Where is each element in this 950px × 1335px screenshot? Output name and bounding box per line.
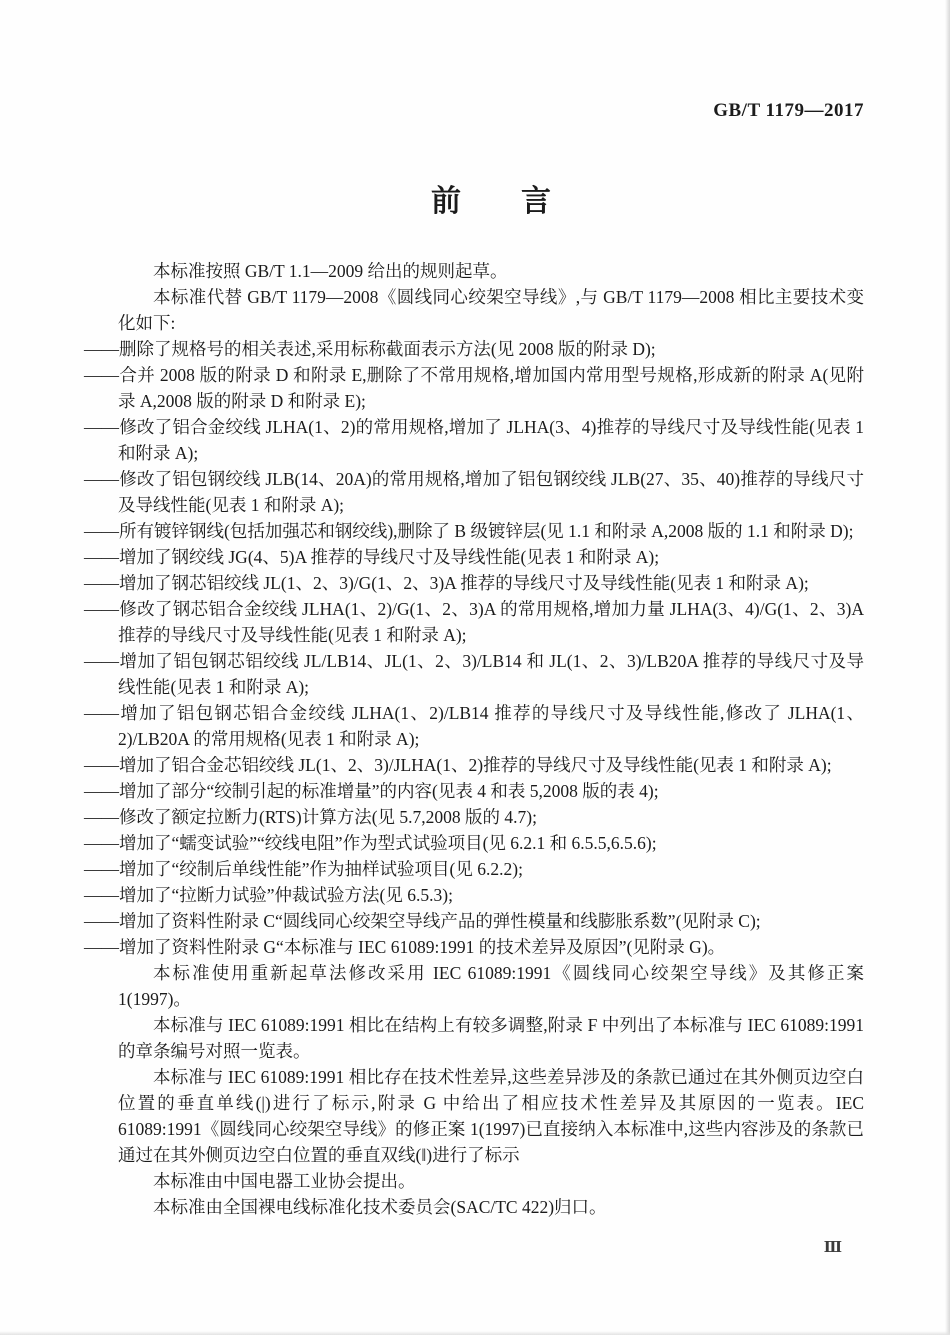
page-number: Ⅲ — [118, 1238, 864, 1257]
change-item: ——增加了资料性附录 G“本标准与 IEC 61089:1991 的技术差异及原… — [118, 934, 864, 960]
change-item: ——所有镀锌钢线(包括加强芯和钢绞线),删除了 B 级镀锌层(见 1.1 和附录… — [118, 518, 864, 544]
foreword-paragraph: 本标准由中国电器工业协会提出。 — [118, 1168, 864, 1194]
foreword-paragraph: 本标准与 IEC 61089:1991 相比在结构上有较多调整,附录 F 中列出… — [118, 1012, 864, 1064]
foreword-paragraph: 本标准按照 GB/T 1.1—2009 给出的规则起草。 — [118, 258, 864, 284]
change-item: ——增加了部分“绞制引起的标准增量”的内容(见表 4 和表 5,2008 版的表… — [118, 778, 864, 804]
change-item: ——修改了铝合金绞线 JLHA(1、2)的常用规格,增加了 JLHA(3、4)推… — [118, 414, 864, 466]
foreword-paragraph: 本标准使用重新起草法修改采用 IEC 61089:1991《圆线同心绞架空导线》… — [118, 960, 864, 1012]
page-title: 前 言 — [118, 176, 864, 220]
foreword-paragraph: 本标准与 IEC 61089:1991 相比存在技术性差异,这些差异涉及的条款已… — [118, 1064, 864, 1168]
change-item: ——合并 2008 版的附录 D 和附录 E,删除了不常用规格,增加国内常用型号… — [118, 362, 864, 414]
change-item: ——增加了“蠕变试验”“绞线电阻”作为型式试验项目(见 6.2.1 和 6.5.… — [118, 830, 864, 856]
change-item: ——删除了规格号的相关表述,采用标称截面表示方法(见 2008 版的附录 D); — [118, 336, 864, 362]
change-item: ——增加了钢芯铝绞线 JL(1、2、3)/G(1、2、3)A 推荐的导线尺寸及导… — [118, 570, 864, 596]
change-item: ——增加了钢绞线 JG(4、5)A 推荐的导线尺寸及导线性能(见表 1 和附录 … — [118, 544, 864, 570]
change-item: ——修改了钢芯铝合金绞线 JLHA(1、2)/G(1、2、3)A 的常用规格,增… — [118, 596, 864, 648]
foreword-content: 本标准按照 GB/T 1.1—2009 给出的规则起草。 本标准代替 GB/T … — [118, 258, 864, 1220]
foreword-paragraph: 本标准代替 GB/T 1179—2008《圆线同心绞架空导线》,与 GB/T 1… — [118, 284, 864, 336]
change-item: ——修改了铝包钢绞线 JLB(14、20A)的常用规格,增加了铝包钢绞线 JLB… — [118, 466, 864, 518]
change-item: ——修改了额定拉断力(RTS)计算方法(见 5.7,2008 版的 4.7); — [118, 804, 864, 830]
foreword-paragraph: 本标准由全国裸电线标准化技术委员会(SAC/TC 422)归口。 — [118, 1194, 864, 1220]
change-item: ——增加了铝包钢芯铝合金绞线 JLHA(1、2)/LB14 推荐的导线尺寸及导线… — [118, 700, 864, 752]
scan-edge-shadow-right — [945, 0, 950, 1335]
change-item: ——增加了“拉断力试验”仲裁试验方法(见 6.5.3); — [118, 882, 864, 908]
scan-edge-shadow-bottom — [0, 1331, 950, 1335]
change-item: ——增加了资料性附录 C“圆线同心绞架空导线产品的弹性模量和线膨胀系数”(见附录… — [118, 908, 864, 934]
document-page: GB/T 1179—2017 前 言 本标准按照 GB/T 1.1—2009 给… — [0, 0, 950, 1335]
change-item: ——增加了铝合金芯铝绞线 JL(1、2、3)/JLHA(1、2)推荐的导线尺寸及… — [118, 752, 864, 778]
standard-number: GB/T 1179—2017 — [118, 100, 864, 122]
change-item: ——增加了铝包钢芯铝绞线 JL/LB14、JL(1、2、3)/LB14 和 JL… — [118, 648, 864, 700]
change-item: ——增加了“绞制后单线性能”作为抽样试验项目(见 6.2.2); — [118, 856, 864, 882]
